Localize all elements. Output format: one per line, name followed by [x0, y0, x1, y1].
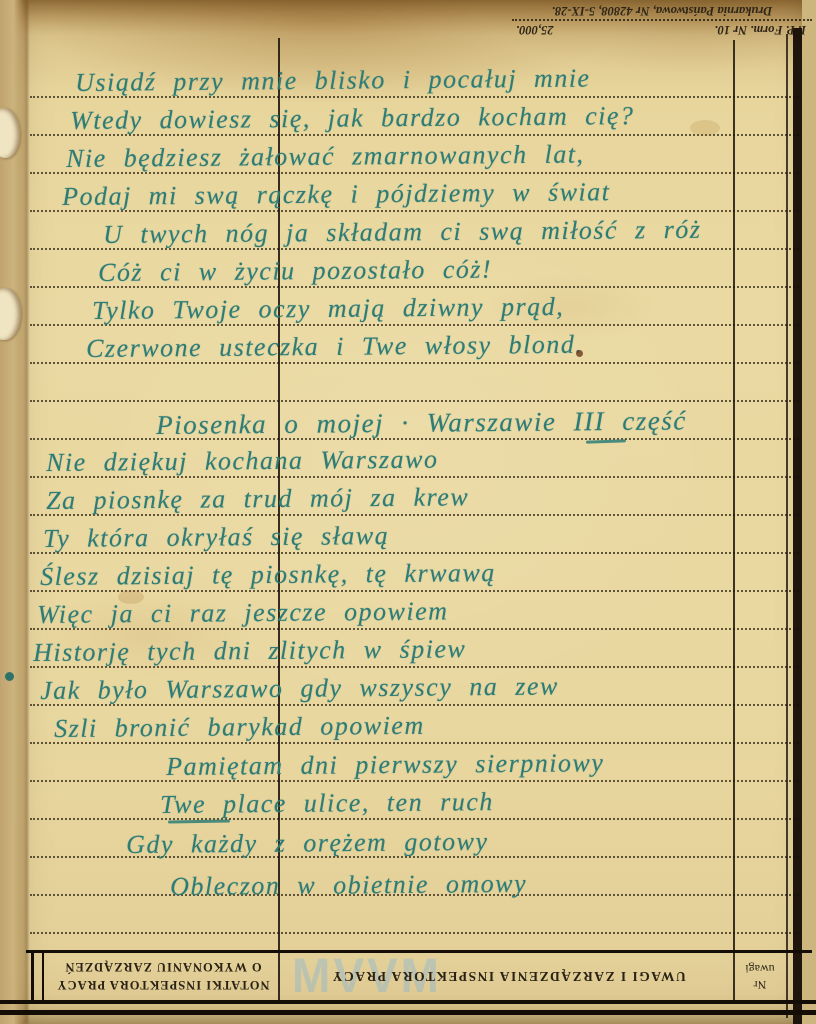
handwriting-line: Nie dziękuj kochana Warszawo [46, 445, 439, 478]
footer-nr-line2: uwagi [745, 960, 774, 976]
footer-cell-remarks: UWAGI I ZARZĄDZENIA INSPEKTORA PRACY [286, 953, 731, 999]
ruled-line [30, 932, 806, 934]
paper-stain [118, 590, 144, 604]
page-right-edge [802, 0, 816, 1024]
handwriting-line: Za piosnkę za trud mój za krew [46, 482, 469, 516]
ruled-line [30, 780, 806, 782]
handwriting-line: Historję tych dni zlitych w śpiew [33, 634, 466, 668]
ink-dot [5, 672, 14, 681]
handwriting-line: Ślesz dzisiaj tę piosnkę, tę krwawą [40, 558, 496, 592]
imprint-separator [512, 19, 812, 21]
handwriting-line: Gdy każdy z orężem gotowy [126, 827, 489, 860]
handwriting-line: Szli bronić barykad opowiem [54, 711, 425, 744]
handwriting-line: Podaj mi swą rączkę i pójdziemy w świat [62, 177, 611, 212]
handwriting-song-title: Piosenka o mojej · Warszawie III część [156, 405, 687, 441]
handwriting-line: Wtedy dowiesz się, jak bardzo kocham cię… [70, 101, 635, 136]
handwriting-line: Ty która okryłaś się sławą [43, 521, 389, 554]
right-border-outer-line [793, 28, 802, 1024]
handwriting-line: U twych nóg ja składam ci swą miłość z r… [103, 215, 702, 250]
handwriting-line: Tylko Twoje oczy mają dziwny prąd, [92, 292, 564, 326]
scanned-document-page: I. P. Form. Nr 10. 25,000. Drukarnia Pań… [0, 0, 816, 1024]
handwriting-line: Jak było Warszawo gdy wszyscy na zew [40, 671, 559, 706]
footer-notes-line2: O WYKONANIU ZARZĄDZEŃ [64, 958, 261, 976]
word-underline [168, 819, 230, 823]
table-bottom-rule-inner [0, 1000, 816, 1004]
footer-remarks-label: UWAGI I ZARZĄDZENIA INSPEKTORA PRACY [331, 968, 686, 984]
handwriting-line: Obleczon w obietnie omowy [170, 869, 527, 902]
table-bottom-rule-outer [0, 1010, 816, 1015]
title-underline [586, 439, 626, 443]
handwriting-line: Pamiętam dni pierwszy sierpniowy [166, 748, 605, 782]
ruled-line [30, 400, 806, 402]
handwriting-line: Usiądź przy mnie blisko i pocałuj mnie [75, 64, 591, 98]
footer-nr-line1: Nr [754, 976, 767, 992]
table-left-border-outer [31, 950, 34, 1004]
imprint-form-number: I. P. Form. Nr 10. [715, 22, 806, 37]
handwriting-line: Więc ja ci raz jeszcze opowiem [37, 596, 449, 630]
handwriting-line: Cóż ci w życiu pozostało cóż! [98, 255, 492, 288]
table-left-border-inner [42, 952, 44, 1002]
imprint-printer: Drukarnia Państwowa, Nr 42808, 5-IX-28. [512, 3, 812, 18]
handwriting-line: Twe place ulice, ten ruch [160, 787, 494, 820]
imprint-form-row: I. P. Form. Nr 10. 25,000. [512, 22, 812, 38]
footer-cell-notes: NOTATKI INSPEKTORA PRACY O WYKONANIU ZAR… [48, 953, 278, 999]
paper-stain [690, 120, 720, 136]
footer-notes-line1: NOTATKI INSPEKTORA PRACY [57, 976, 270, 994]
nr-column-line [733, 40, 735, 1004]
ink-speck [576, 350, 583, 357]
ruled-line [30, 818, 806, 820]
imprint-print-run: 25,000. [516, 22, 554, 37]
right-border-inner-line [786, 34, 788, 1018]
handwriting-line: Nie będziesz żałować zmarnowanych lat, [66, 139, 585, 174]
printed-imprint: I. P. Form. Nr 10. 25,000. Drukarnia Pań… [512, 0, 812, 38]
footer-cell-nr: Nr uwagi [735, 951, 785, 1001]
handwriting-line: Czerwone usteczka i Twe włosy blond. [86, 330, 583, 364]
